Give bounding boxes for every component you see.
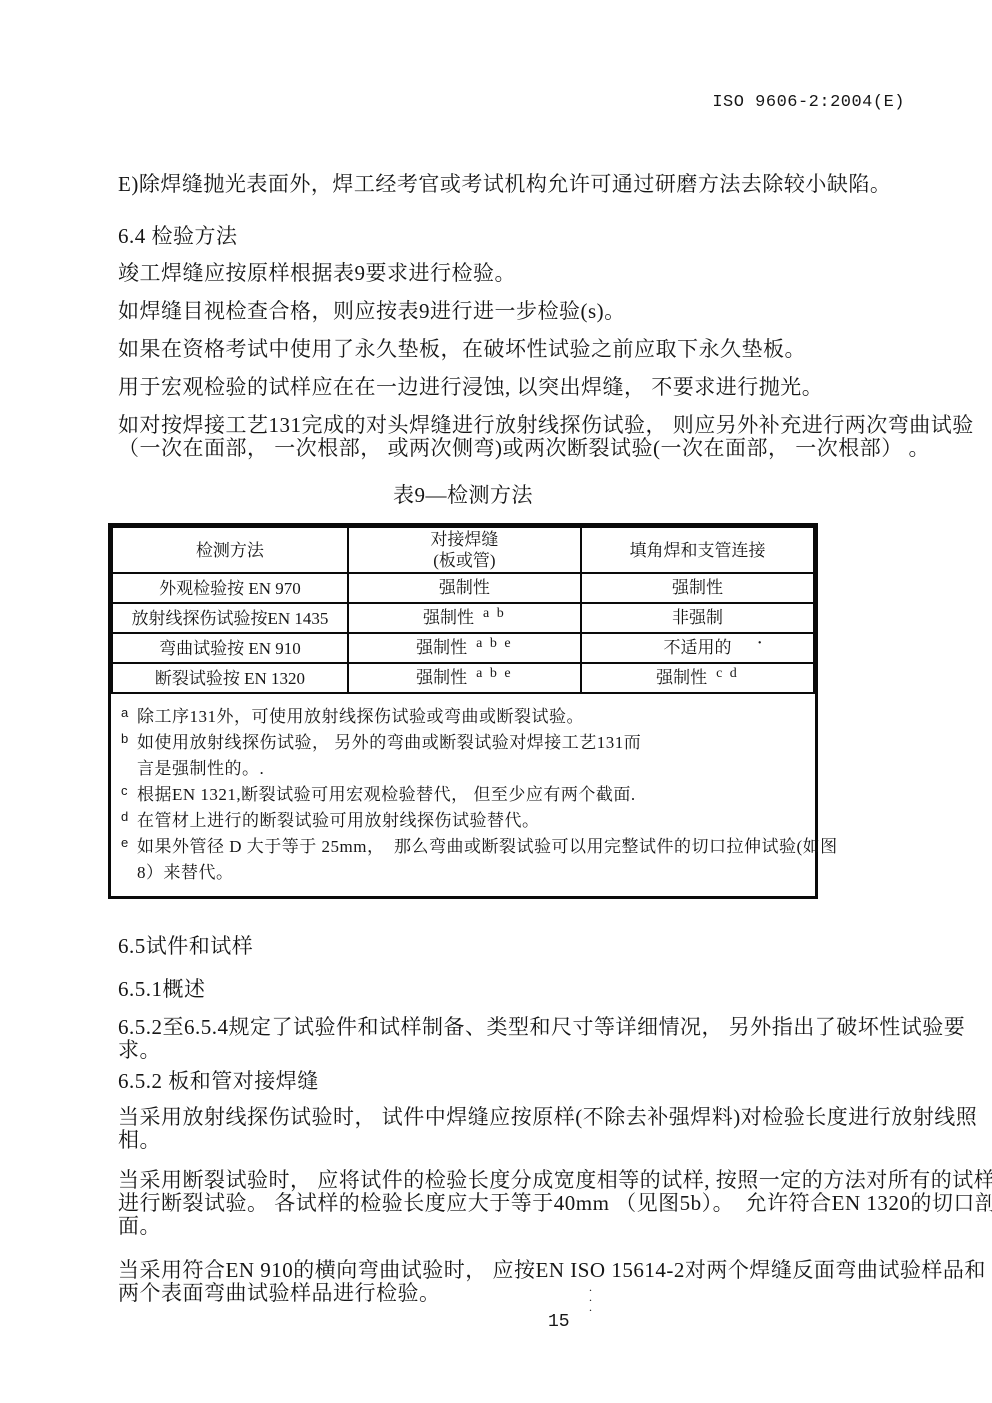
- footnote-marker: d: [121, 809, 137, 824]
- cell-method: 放射线探伤试验按EN 1435: [112, 603, 348, 633]
- footnote-marker: a: [121, 705, 137, 720]
- table-row: 断裂试验按 EN 1320 强制性a b e 强制性c d: [112, 663, 814, 693]
- paragraph: 如对按焊接工艺131完成的对头焊缝进行放射线探伤试验， 则应另外补充进行两次弯曲…: [118, 414, 958, 460]
- footnote-item: c根据EN 1321,断裂试验可用宏观检验替代， 但至少应有两个截面.: [121, 782, 801, 808]
- cell-method: 弯曲试验按 EN 910: [112, 633, 348, 663]
- footnote-marker: e: [121, 835, 137, 850]
- footnote-text: 除工序131外，可使用放射线探伤试验或弯曲或断裂试验。: [137, 704, 584, 730]
- footnote-item: b如使用放射线探伤试验， 另外的弯曲或断裂试验对焊接工艺131而 言是强制性的。…: [121, 730, 801, 782]
- section-heading-6-5: 6.5试件和试样: [118, 935, 958, 958]
- paragraph: 当采用符合EN 910的横向弯曲试验时， 应按EN ISO 15614-2对两个…: [118, 1259, 958, 1305]
- footnote-marker: b: [121, 731, 137, 746]
- cell-fillet: 不适用的·: [581, 633, 814, 663]
- document-page: ISO 9606-2:2004(E) E)除焊缝抛光表面外，焊工经考官或考试机构…: [0, 0, 992, 1403]
- cell-butt: 强制性: [348, 573, 581, 603]
- footnote-item: a除工序131外，可使用放射线探伤试验或弯曲或断裂试验。: [121, 704, 801, 730]
- footnote-text: 如使用放射线探伤试验， 另外的弯曲或断裂试验对焊接工艺131而 言是强制性的。.: [137, 730, 641, 782]
- paragraph: 6.5.2至6.5.4规定了试验件和试样制备、类型和尺寸等详细情况， 另外指出了…: [118, 1016, 958, 1062]
- cell-value: 强制性: [416, 638, 467, 657]
- section-heading-6-5-2: 6.5.2 板和管对接焊缝: [118, 1070, 958, 1093]
- column-header-fillet-weld: 填角焊和支管连接: [581, 527, 814, 573]
- footnote-ref: a b e: [476, 666, 512, 681]
- stray-dot-mark: ·: [756, 633, 763, 653]
- footnote-text: 如果外管径 D 大于等于 25mm， 那么弯曲或断裂试验可以用完整试件的切口拉伸…: [137, 834, 838, 886]
- footnote-item: e如果外管径 D 大于等于 25mm， 那么弯曲或断裂试验可以用完整试件的切口拉…: [121, 834, 801, 886]
- vertical-ellipsis: . . .: [589, 1282, 592, 1312]
- cell-value: 非强制: [672, 608, 723, 627]
- cell-method: 断裂试验按 EN 1320: [112, 663, 348, 693]
- table-row: 外观检验按 EN 970 强制性 强制性: [112, 573, 814, 603]
- cell-butt: 强制性a b e: [348, 633, 581, 663]
- cell-value: 强制性: [423, 608, 474, 627]
- paragraph: 如果在资格考试中使用了永久垫板，在破坏性试验之前应取下永久垫板。: [118, 338, 958, 361]
- paragraph: 如焊缝目视检查合格，则应按表9进行进一步检验(s)。: [118, 300, 958, 323]
- footnote-marker: c: [121, 783, 137, 798]
- column-header-method: 检测方法: [112, 527, 348, 573]
- cell-value: 强制性: [656, 668, 707, 687]
- paragraph: 当采用断裂试验时， 应将试件的检验长度分成宽度相等的试样, 按照一定的方法对所有…: [118, 1169, 958, 1238]
- cell-fillet: 强制性c d: [581, 663, 814, 693]
- cell-value: 强制性: [416, 668, 467, 687]
- cell-value: 强制性: [672, 578, 723, 597]
- page-content: E)除焊缝抛光表面外，焊工经考官或考试机构允许可通过研磨方法去除较小缺陷。 6.…: [118, 0, 958, 1305]
- table-footnotes: a除工序131外，可使用放射线探伤试验或弯曲或断裂试验。 b如使用放射线探伤试验…: [111, 694, 815, 896]
- table-row: 弯曲试验按 EN 910 强制性a b e 不适用的·: [112, 633, 814, 663]
- cell-fillet: 非强制: [581, 603, 814, 633]
- footnote-ref: c d: [716, 666, 739, 681]
- footnote-text: 根据EN 1321,断裂试验可用宏观检验替代， 但至少应有两个截面.: [137, 782, 636, 808]
- footnote-text: 在管材上进行的断裂试验可用放射线探伤试验替代。: [137, 808, 540, 834]
- cell-value: 强制性: [439, 578, 490, 597]
- paragraph: 当采用放射线探伤试验时， 试件中焊缝应按原样(不除去补强焊料)对检验长度进行放射…: [118, 1106, 958, 1152]
- paragraph: 用于宏观检验的试样应在在一边进行浸蚀, 以突出焊缝， 不要求进行抛光。: [118, 376, 958, 399]
- table9: 检测方法 对接焊缝 (板或管) 填角焊和支管连接 外观检验按 EN 970 强制…: [111, 526, 815, 694]
- column-header-butt-weld: 对接焊缝 (板或管): [348, 527, 581, 573]
- section-heading-6-5-1: 6.5.1概述: [118, 978, 958, 1001]
- footnote-item: d在管材上进行的断裂试验可用放射线探伤试验替代。: [121, 808, 801, 834]
- footnote-ref: a b e: [476, 636, 512, 651]
- table9-title: 表9—检测方法: [108, 484, 818, 507]
- cell-butt: 强制性a b: [348, 603, 581, 633]
- footnote-ref: a b: [483, 606, 506, 621]
- paragraph: 竣工焊缝应按原样根据表9要求进行检验。: [118, 262, 958, 285]
- cell-value: 不适用的: [663, 638, 731, 657]
- page-number: 15: [548, 1312, 570, 1332]
- table-header-row: 检测方法 对接焊缝 (板或管) 填角焊和支管连接: [112, 527, 814, 573]
- table9-box: 检测方法 对接焊缝 (板或管) 填角焊和支管连接 外观检验按 EN 970 强制…: [108, 523, 818, 899]
- table-row: 放射线探伤试验按EN 1435 强制性a b 非强制: [112, 603, 814, 633]
- cell-butt: 强制性a b e: [348, 663, 581, 693]
- paragraph-note-e: E)除焊缝抛光表面外，焊工经考官或考试机构允许可通过研磨方法去除较小缺陷。: [118, 173, 958, 196]
- section-heading-6-4: 6.4 检验方法: [118, 225, 958, 248]
- cell-method: 外观检验按 EN 970: [112, 573, 348, 603]
- cell-fillet: 强制性: [581, 573, 814, 603]
